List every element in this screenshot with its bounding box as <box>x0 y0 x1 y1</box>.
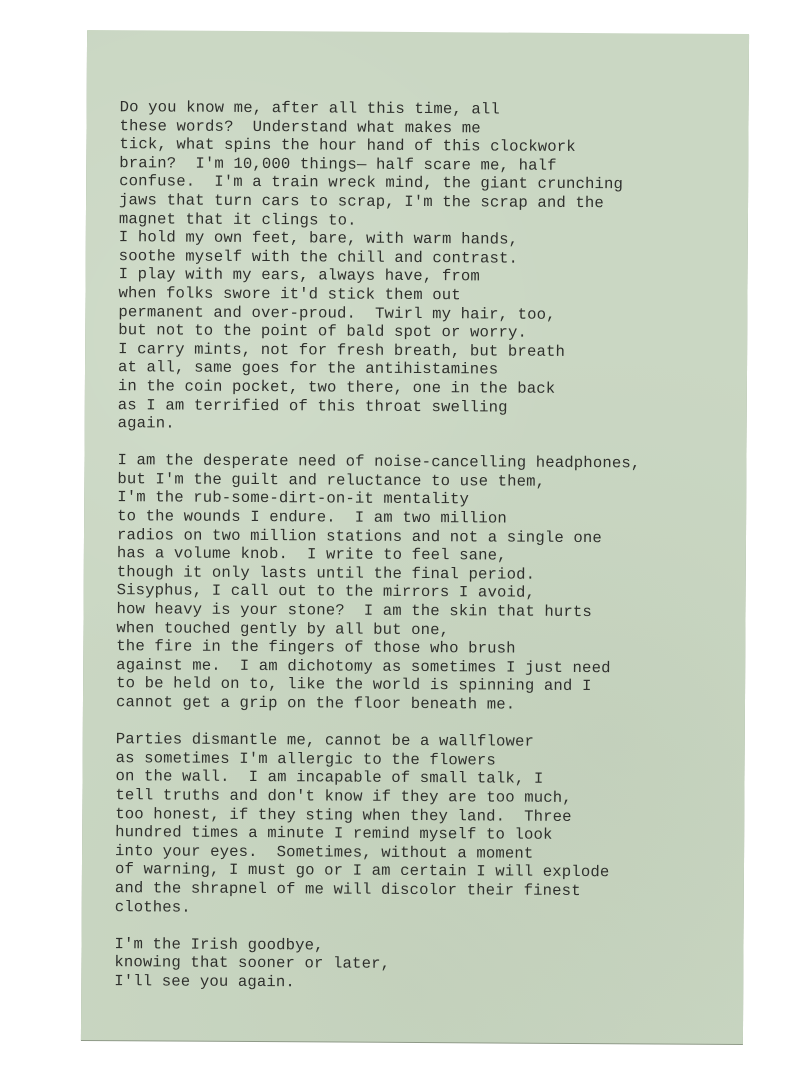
stanza: Do you know me, after all this time, all… <box>118 98 643 436</box>
poem-line: when folks swore it'd stick them out <box>118 284 641 306</box>
poem-line: and the shrapnel of me will discolor the… <box>115 879 638 901</box>
poem-line: I'll see you again. <box>114 972 637 994</box>
typewritten-page: Do you know me, after all this time, all… <box>81 30 749 1044</box>
poem-text: Do you know me, after all this time, all… <box>114 98 642 1012</box>
poem-line: again. <box>118 414 641 436</box>
poem-line: cannot get a grip on the floor beneath m… <box>116 693 639 715</box>
poem-line: as I am terrified of this throat swellin… <box>118 396 641 418</box>
stanza: I'm the Irish goodbye,knowing that soone… <box>114 935 637 994</box>
poem-line: clothes. <box>115 898 638 920</box>
stanza: I am the desperate need of noise-cancell… <box>116 451 641 715</box>
stanza: Parties dismantle me, cannot be a wallfl… <box>115 730 639 919</box>
poem-line: in the coin pocket, two there, one in th… <box>118 377 641 399</box>
